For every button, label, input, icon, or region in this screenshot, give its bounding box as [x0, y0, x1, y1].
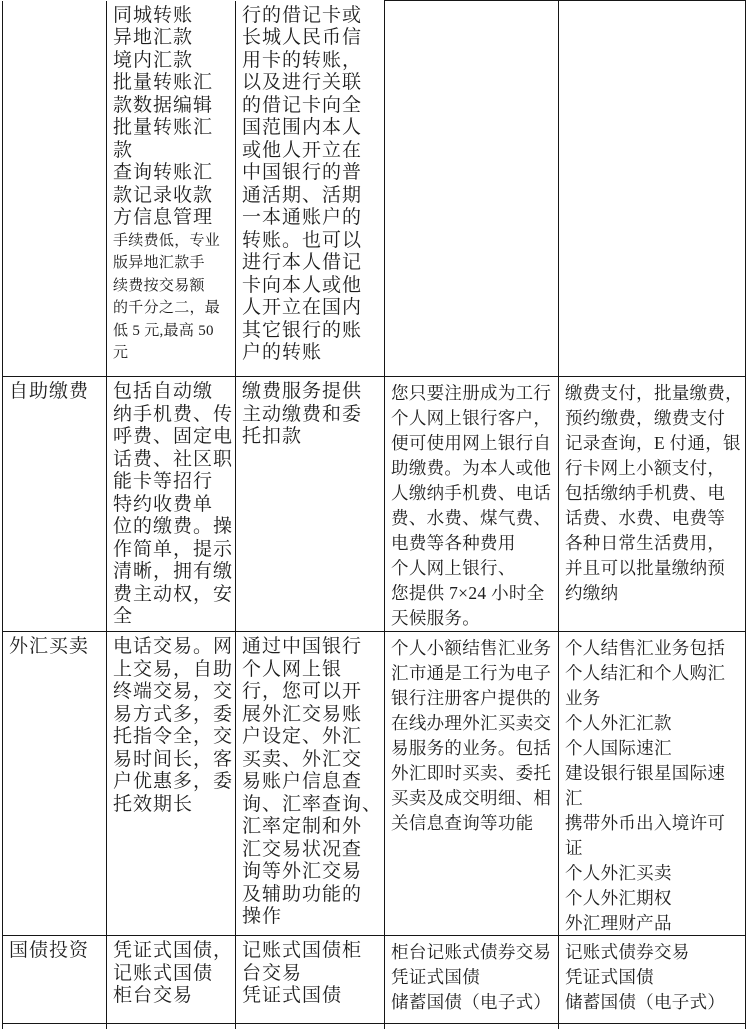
cell-forex-icbc: 个人小额结售汇业务 汇市通是工行为电子 银行注册客户提供的 在线办理外汇买卖交 … — [385, 632, 559, 936]
table-row-treasury-bond: 国债投资 凭证式国债， 记账式国债 柜台交易 记账式国债柜 台交易 凭证式国债 … — [3, 936, 746, 1024]
payment-ccb-desc: 缴费支付，批量缴费， 预约缴费，缴费支付 记录查询，E 付通，银 行卡网上小额支… — [565, 381, 743, 631]
cell-payment-ccb: 缴费支付，批量缴费， 预约缴费，缴费支付 记录查询，E 付通，银 行卡网上小额支… — [558, 377, 745, 632]
bond-ccb-desc: 记账式债券交易 凭证式国债 储蓄国债（电子式） — [565, 940, 743, 1023]
row-label-cell — [3, 1, 107, 377]
cell-forex-boc: 通过中国银行 个人网上银 行，您可以开 展外汇交易账 户设定、外汇 买卖、外汇交… — [236, 632, 385, 936]
transfer-boc-desc: 行的借记卡或 长城人民币信 用卡的转账， 以及进行关联 的借记卡向全 国范围内本… — [242, 5, 382, 376]
cell-payment-boc: 缴费服务提供 主动缴费和委 托扣款 — [236, 377, 385, 632]
bond-cmb-desc: 凭证式国债， 记账式国债 柜台交易 — [113, 940, 233, 1023]
row-label-self-service-payment: 自助缴费 — [9, 381, 104, 631]
cell-forex-ccb: 个人结售汇业务包括 个人结汇和个人购汇 业务 个人外汇汇款 个人国际速汇 建设银… — [558, 632, 745, 936]
table-row-transfer-continued: 同城转账 异地汇款 境内汇款 批量转账汇 款数据编辑 批量转账汇 款 查询转账汇… — [3, 1, 746, 377]
row-label-forex-trading: 外汇买卖 — [9, 636, 104, 935]
table-row-forex-trading: 外汇买卖 电话交易。网 上交易，自助 终端交易，交 易方式多，委 托指令全，交 … — [3, 632, 746, 936]
cell-bond-icbc: 柜台记账式债券交易 凭证式国债 储蓄国债（电子式） — [385, 936, 559, 1024]
transfer-cmb-services: 同城转账 异地汇款 境内汇款 批量转账汇 款数据编辑 批量转账汇 款 查询转账汇… — [113, 5, 233, 230]
bond-icbc-desc: 柜台记账式债券交易 凭证式国债 储蓄国债（电子式） — [391, 940, 556, 1023]
cell-transfer-ccb-empty — [558, 1, 745, 377]
forex-ccb-desc: 个人结售汇业务包括 个人结汇和个人购汇 业务 个人外汇汇款 个人国际速汇 建设银… — [565, 636, 743, 935]
sliver-cell — [107, 1024, 236, 1030]
forex-icbc-desc: 个人小额结售汇业务 汇市通是工行为电子 银行注册客户提供的 在线办理外汇买卖交 … — [391, 636, 556, 935]
transfer-cmb-fee-note: 手续费低，专业 版异地汇款手 续费按交易额 的千分之二，最 低 5 元,最高 5… — [113, 230, 233, 365]
cell-forex-cmb: 电话交易。网 上交易，自助 终端交易，交 易方式多，委 托指令全，交 易时间长，… — [107, 632, 236, 936]
bond-boc-desc: 记账式国债柜 台交易 凭证式国债 — [242, 940, 382, 1023]
payment-boc-desc: 缴费服务提供 主动缴费和委 托扣款 — [242, 381, 382, 631]
sliver-cell — [385, 1024, 559, 1030]
table-row-self-service-payment: 自助缴费 包括自动缴 纳手机费、传 呼费、固定电 话费、社区职 能卡等招行 特约… — [3, 377, 746, 632]
cell-bond-cmb: 凭证式国债， 记账式国债 柜台交易 — [107, 936, 236, 1024]
cell-payment-icbc: 您只要注册成为工行 个人网上银行客户， 便可使用网上银行自 助缴费。为本人或他 … — [385, 377, 559, 632]
row-label-treasury-bond: 国债投资 — [9, 940, 104, 1023]
cell-transfer-boc: 行的借记卡或 长城人民币信 用卡的转账， 以及进行关联 的借记卡向全 国范围内本… — [236, 1, 385, 377]
cell-bond-ccb: 记账式债券交易 凭证式国债 储蓄国债（电子式） — [558, 936, 745, 1024]
row-label — [9, 5, 104, 376]
row-label-cell: 自助缴费 — [3, 377, 107, 632]
sliver-cell — [3, 1024, 107, 1030]
bank-services-comparison-table: 同城转账 异地汇款 境内汇款 批量转账汇 款数据编辑 批量转账汇 款 查询转账汇… — [2, 0, 746, 1029]
sliver-cell — [558, 1024, 745, 1030]
row-label-cell: 外汇买卖 — [3, 632, 107, 936]
payment-cmb-desc: 包括自动缴 纳手机费、传 呼费、固定电 话费、社区职 能卡等招行 特约收费单 位… — [113, 381, 233, 631]
table-row-next-cutoff — [3, 1024, 746, 1030]
sliver-cell — [236, 1024, 385, 1030]
cell-transfer-cmb: 同城转账 异地汇款 境内汇款 批量转账汇 款数据编辑 批量转账汇 款 查询转账汇… — [107, 1, 236, 377]
forex-cmb-desc: 电话交易。网 上交易，自助 终端交易，交 易方式多，委 托指令全，交 易时间长，… — [113, 636, 233, 935]
cell-bond-boc: 记账式国债柜 台交易 凭证式国债 — [236, 936, 385, 1024]
payment-icbc-desc: 您只要注册成为工行 个人网上银行客户， 便可使用网上银行自 助缴费。为本人或他 … — [391, 381, 556, 631]
forex-boc-desc: 通过中国银行 个人网上银 行，您可以开 展外汇交易账 户设定、外汇 买卖、外汇交… — [242, 636, 382, 935]
row-label-cell: 国债投资 — [3, 936, 107, 1024]
document-page: { "page": { "background": "#ffffff", "bo… — [0, 0, 746, 1035]
cell-payment-cmb: 包括自动缴 纳手机费、传 呼费、固定电 话费、社区职 能卡等招行 特约收费单 位… — [107, 377, 236, 632]
cell-transfer-icbc-empty — [385, 1, 559, 377]
